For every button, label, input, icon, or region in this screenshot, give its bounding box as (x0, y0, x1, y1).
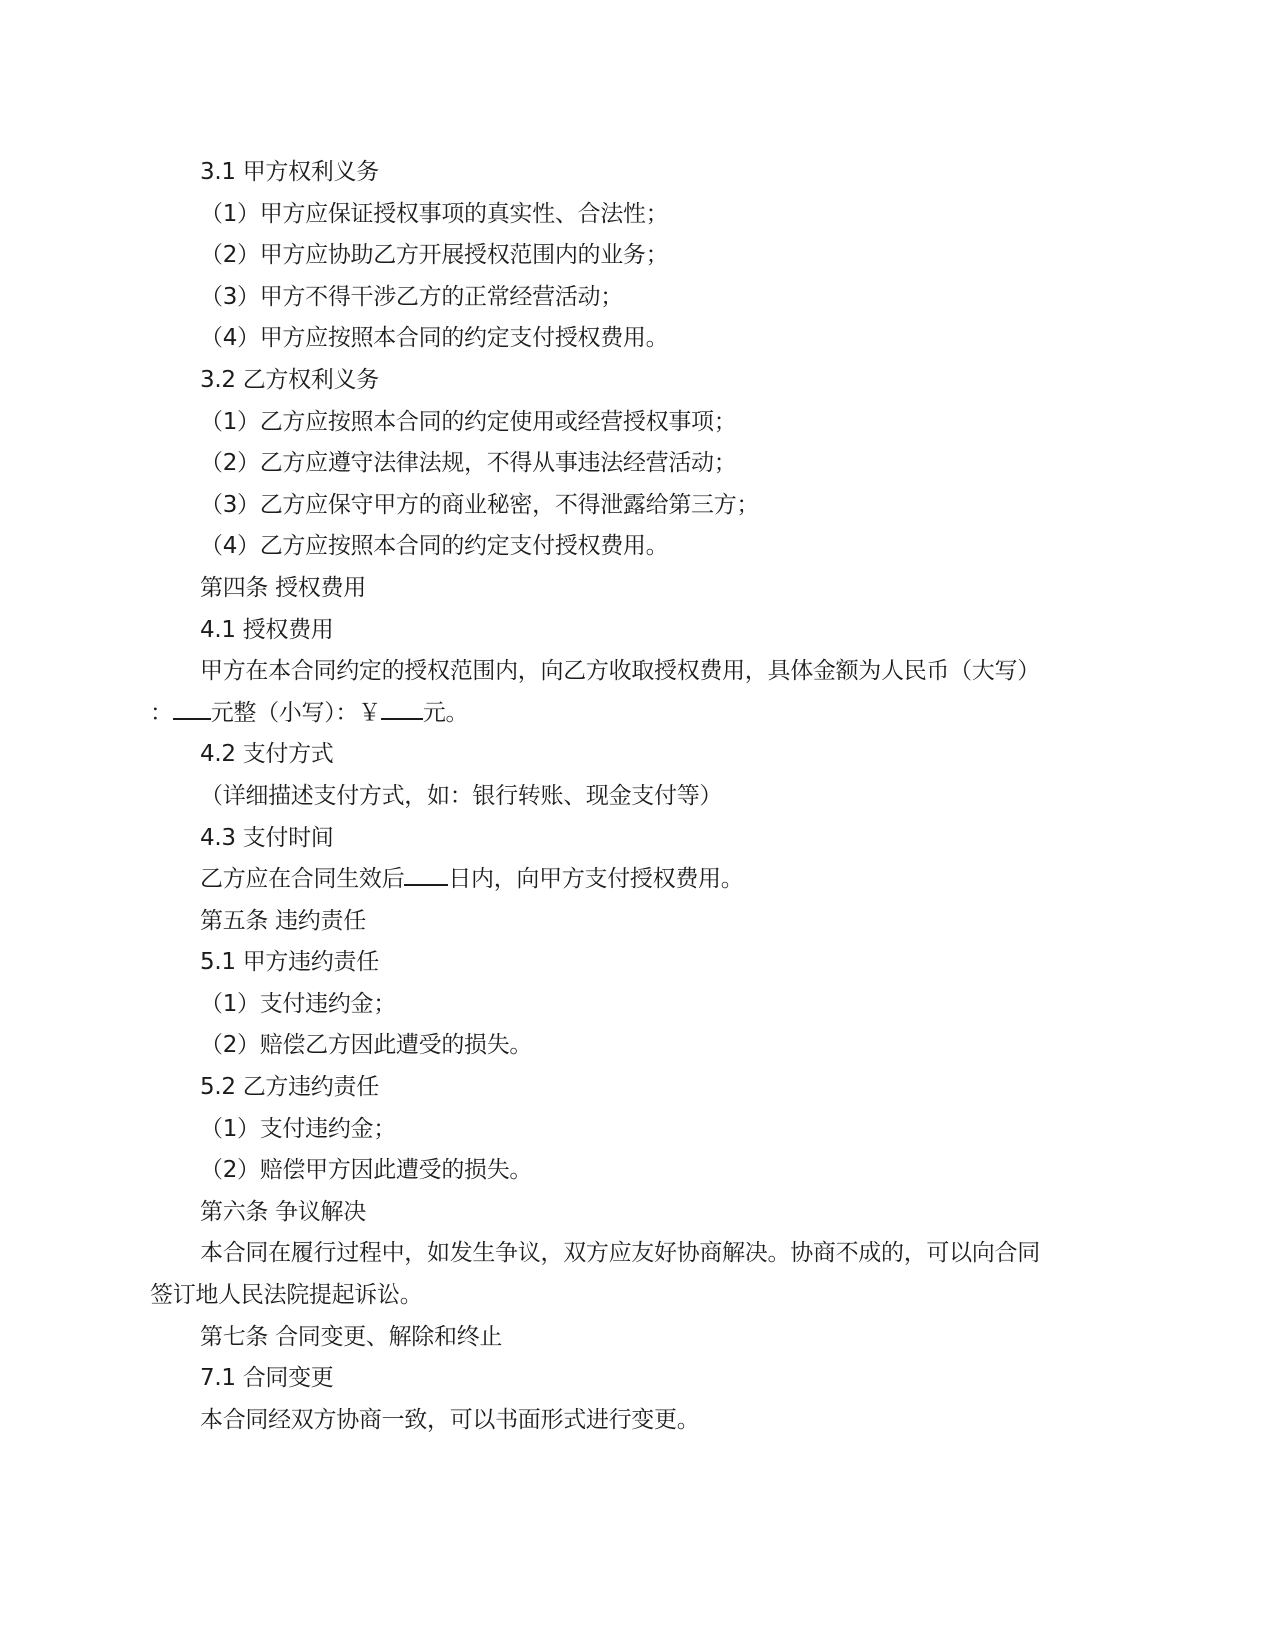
list-item: （1）乙方应按照本合同的约定使用或经营授权事项； (150, 402, 1120, 444)
payment-time-start: 乙方应在合同生效后 (200, 866, 404, 892)
section-heading-4-2: 4.2 支付方式 (150, 734, 1120, 776)
list-item: （2）赔偿乙方因此遭受的损失。 (150, 1025, 1120, 1067)
list-item: （4）乙方应按照本合同的约定支付授权费用。 (150, 526, 1120, 568)
list-item: （2）赔偿甲方因此遭受的损失。 (150, 1150, 1120, 1192)
section-heading-5-1: 5.1 甲方违约责任 (150, 942, 1120, 984)
section-heading-5-2: 5.2 乙方违约责任 (150, 1067, 1120, 1109)
list-item: （3）乙方应保守甲方的商业秘密，不得泄露给第三方； (150, 485, 1120, 527)
section-heading-4-1: 4.1 授权费用 (150, 610, 1120, 652)
list-item: （2）甲方应协助乙方开展授权范围内的业务； (150, 235, 1120, 277)
amount-lowercase-blank (381, 696, 423, 720)
document-page: 3.1 甲方权利义务 （1）甲方应保证授权事项的真实性、合法性； （2）甲方应协… (150, 152, 1120, 1441)
payment-time-line: 乙方应在合同生效后日内，向甲方支付授权费用。 (150, 859, 1120, 901)
list-item: （2）乙方应遵守法律法规，不得从事违法经营活动； (150, 443, 1120, 485)
list-item: （1）支付违约金； (150, 1109, 1120, 1151)
paragraph-dispute: 本合同在履行过程中，如发生争议，双方应友好协商解决。协商不成的，可以向合同 (150, 1233, 1120, 1275)
fee-amount-line: ：元整（小写）：￥元。 (150, 693, 1120, 735)
list-item: （4）甲方应按照本合同的约定支付授权费用。 (150, 318, 1120, 360)
days-blank (404, 862, 448, 886)
fee-end-text: 元。 (423, 700, 468, 726)
list-item: （1）甲方应保证授权事项的真实性、合法性； (150, 194, 1120, 236)
paragraph-payment-method: （详细描述支付方式，如：银行转账、现金支付等） (150, 776, 1120, 818)
paragraph-dispute-continued: 签订地人民法院提起诉讼。 (150, 1275, 1120, 1317)
paragraph-amendment: 本合同经双方协商一致，可以书面形式进行变更。 (150, 1400, 1120, 1442)
section-heading-3-2: 3.2 乙方权利义务 (150, 360, 1120, 402)
article-heading-5: 第五条 违约责任 (150, 901, 1120, 943)
fee-mid-text: 元整（小写）：￥ (211, 700, 381, 726)
colon-text: ： (150, 700, 173, 726)
article-heading-4: 第四条 授权费用 (150, 568, 1120, 610)
article-heading-7: 第七条 合同变更、解除和终止 (150, 1317, 1120, 1359)
section-heading-3-1: 3.1 甲方权利义务 (150, 152, 1120, 194)
article-heading-6: 第六条 争议解决 (150, 1192, 1120, 1234)
section-heading-4-3: 4.3 支付时间 (150, 818, 1120, 860)
payment-time-end: 日内，向甲方支付授权费用。 (448, 866, 743, 892)
section-heading-7-1: 7.1 合同变更 (150, 1358, 1120, 1400)
list-item: （1）支付违约金； (150, 984, 1120, 1026)
amount-uppercase-blank (173, 696, 211, 720)
list-item: （3）甲方不得干涉乙方的正常经营活动； (150, 277, 1120, 319)
paragraph-fee: 甲方在本合同约定的授权范围内，向乙方收取授权费用，具体金额为人民币（大写） (150, 651, 1120, 693)
